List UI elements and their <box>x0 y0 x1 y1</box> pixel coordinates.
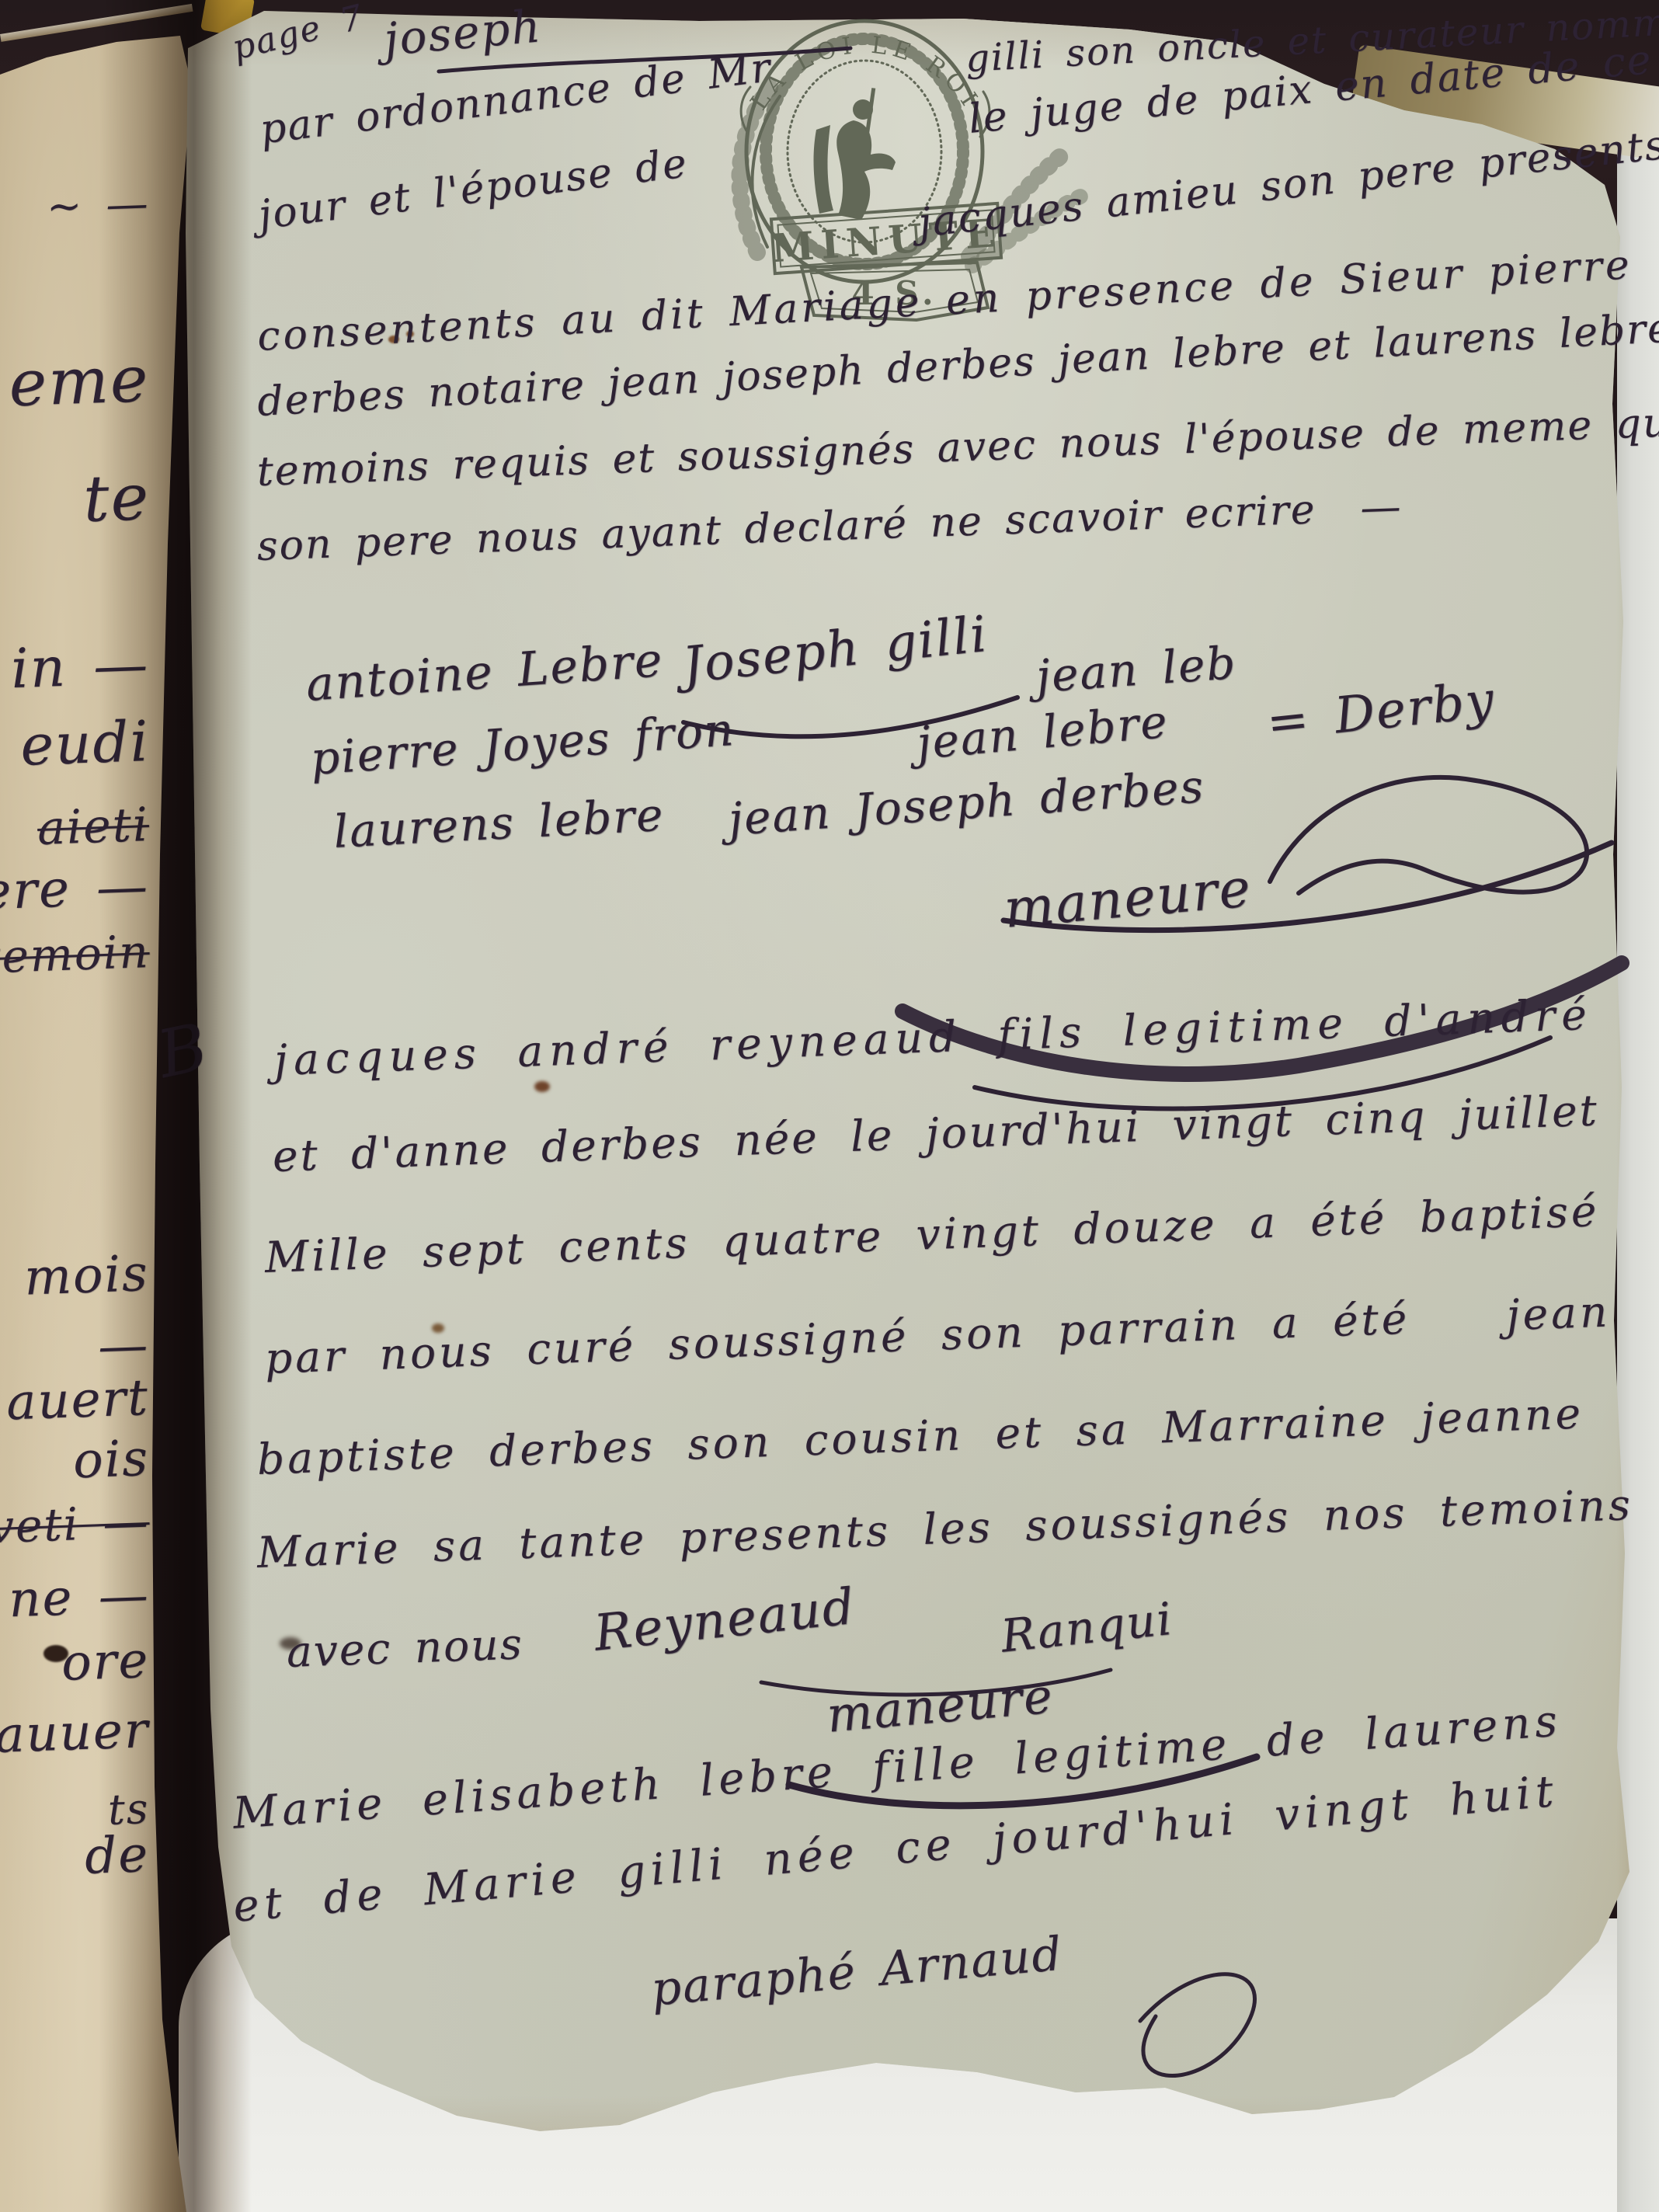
signature: Reyneaud <box>592 1582 857 1659</box>
signature: Ranqui <box>999 1596 1175 1659</box>
manuscript-line: son pere nous ayant declaré ne scavoir e… <box>256 487 1403 567</box>
manuscript-line: joseph <box>382 3 544 62</box>
signature: antoine Lebre <box>304 637 665 708</box>
manuscript-line: temoins requis et soussignés avec nous l… <box>256 402 1659 492</box>
manuscript-line: Mille sept cents quatre vingt douze a ét… <box>264 1190 1600 1279</box>
signature: pierre Joyes fron <box>309 707 736 781</box>
signature: = Derby <box>1264 675 1497 748</box>
signature: jean Joseph derbes <box>727 763 1206 842</box>
signature: Joseph gilli <box>680 610 990 691</box>
signature: maneure <box>825 1671 1056 1739</box>
manuscript-line: jacques amieu son pere presents <box>916 125 1659 244</box>
signature: laurens lebre <box>332 792 666 854</box>
signature: jean lebre <box>915 699 1170 766</box>
manuscript-line: jacques andré reyneaud fils legitime d'a… <box>273 993 1594 1082</box>
manuscript-line: et d'anne derbes née le jourd'hui vingt … <box>272 1089 1600 1178</box>
manuscript-line: avec nous <box>286 1622 524 1674</box>
manuscript-line: par ordonnance de Mr <box>258 47 774 150</box>
signature: maneure <box>1002 862 1254 937</box>
signature: jean leb <box>1035 640 1238 699</box>
manuscript-line: paraphé Arnaud <box>649 1931 1065 2013</box>
manuscript-line: baptiste derbes son cousin et sa Marrain… <box>256 1392 1584 1481</box>
book-gutter-shadow <box>99 0 252 2212</box>
manuscript-line: jour et l'épouse de <box>256 143 690 235</box>
manuscript-line: Marie sa tante presents les soussignés n… <box>256 1483 1634 1574</box>
manuscript-line: par nous curé soussigné son parrain a ét… <box>264 1291 1611 1380</box>
photo-of-open-register: ~ —emetein —eudiaietiere —temoinmois—aue… <box>0 0 1659 2212</box>
